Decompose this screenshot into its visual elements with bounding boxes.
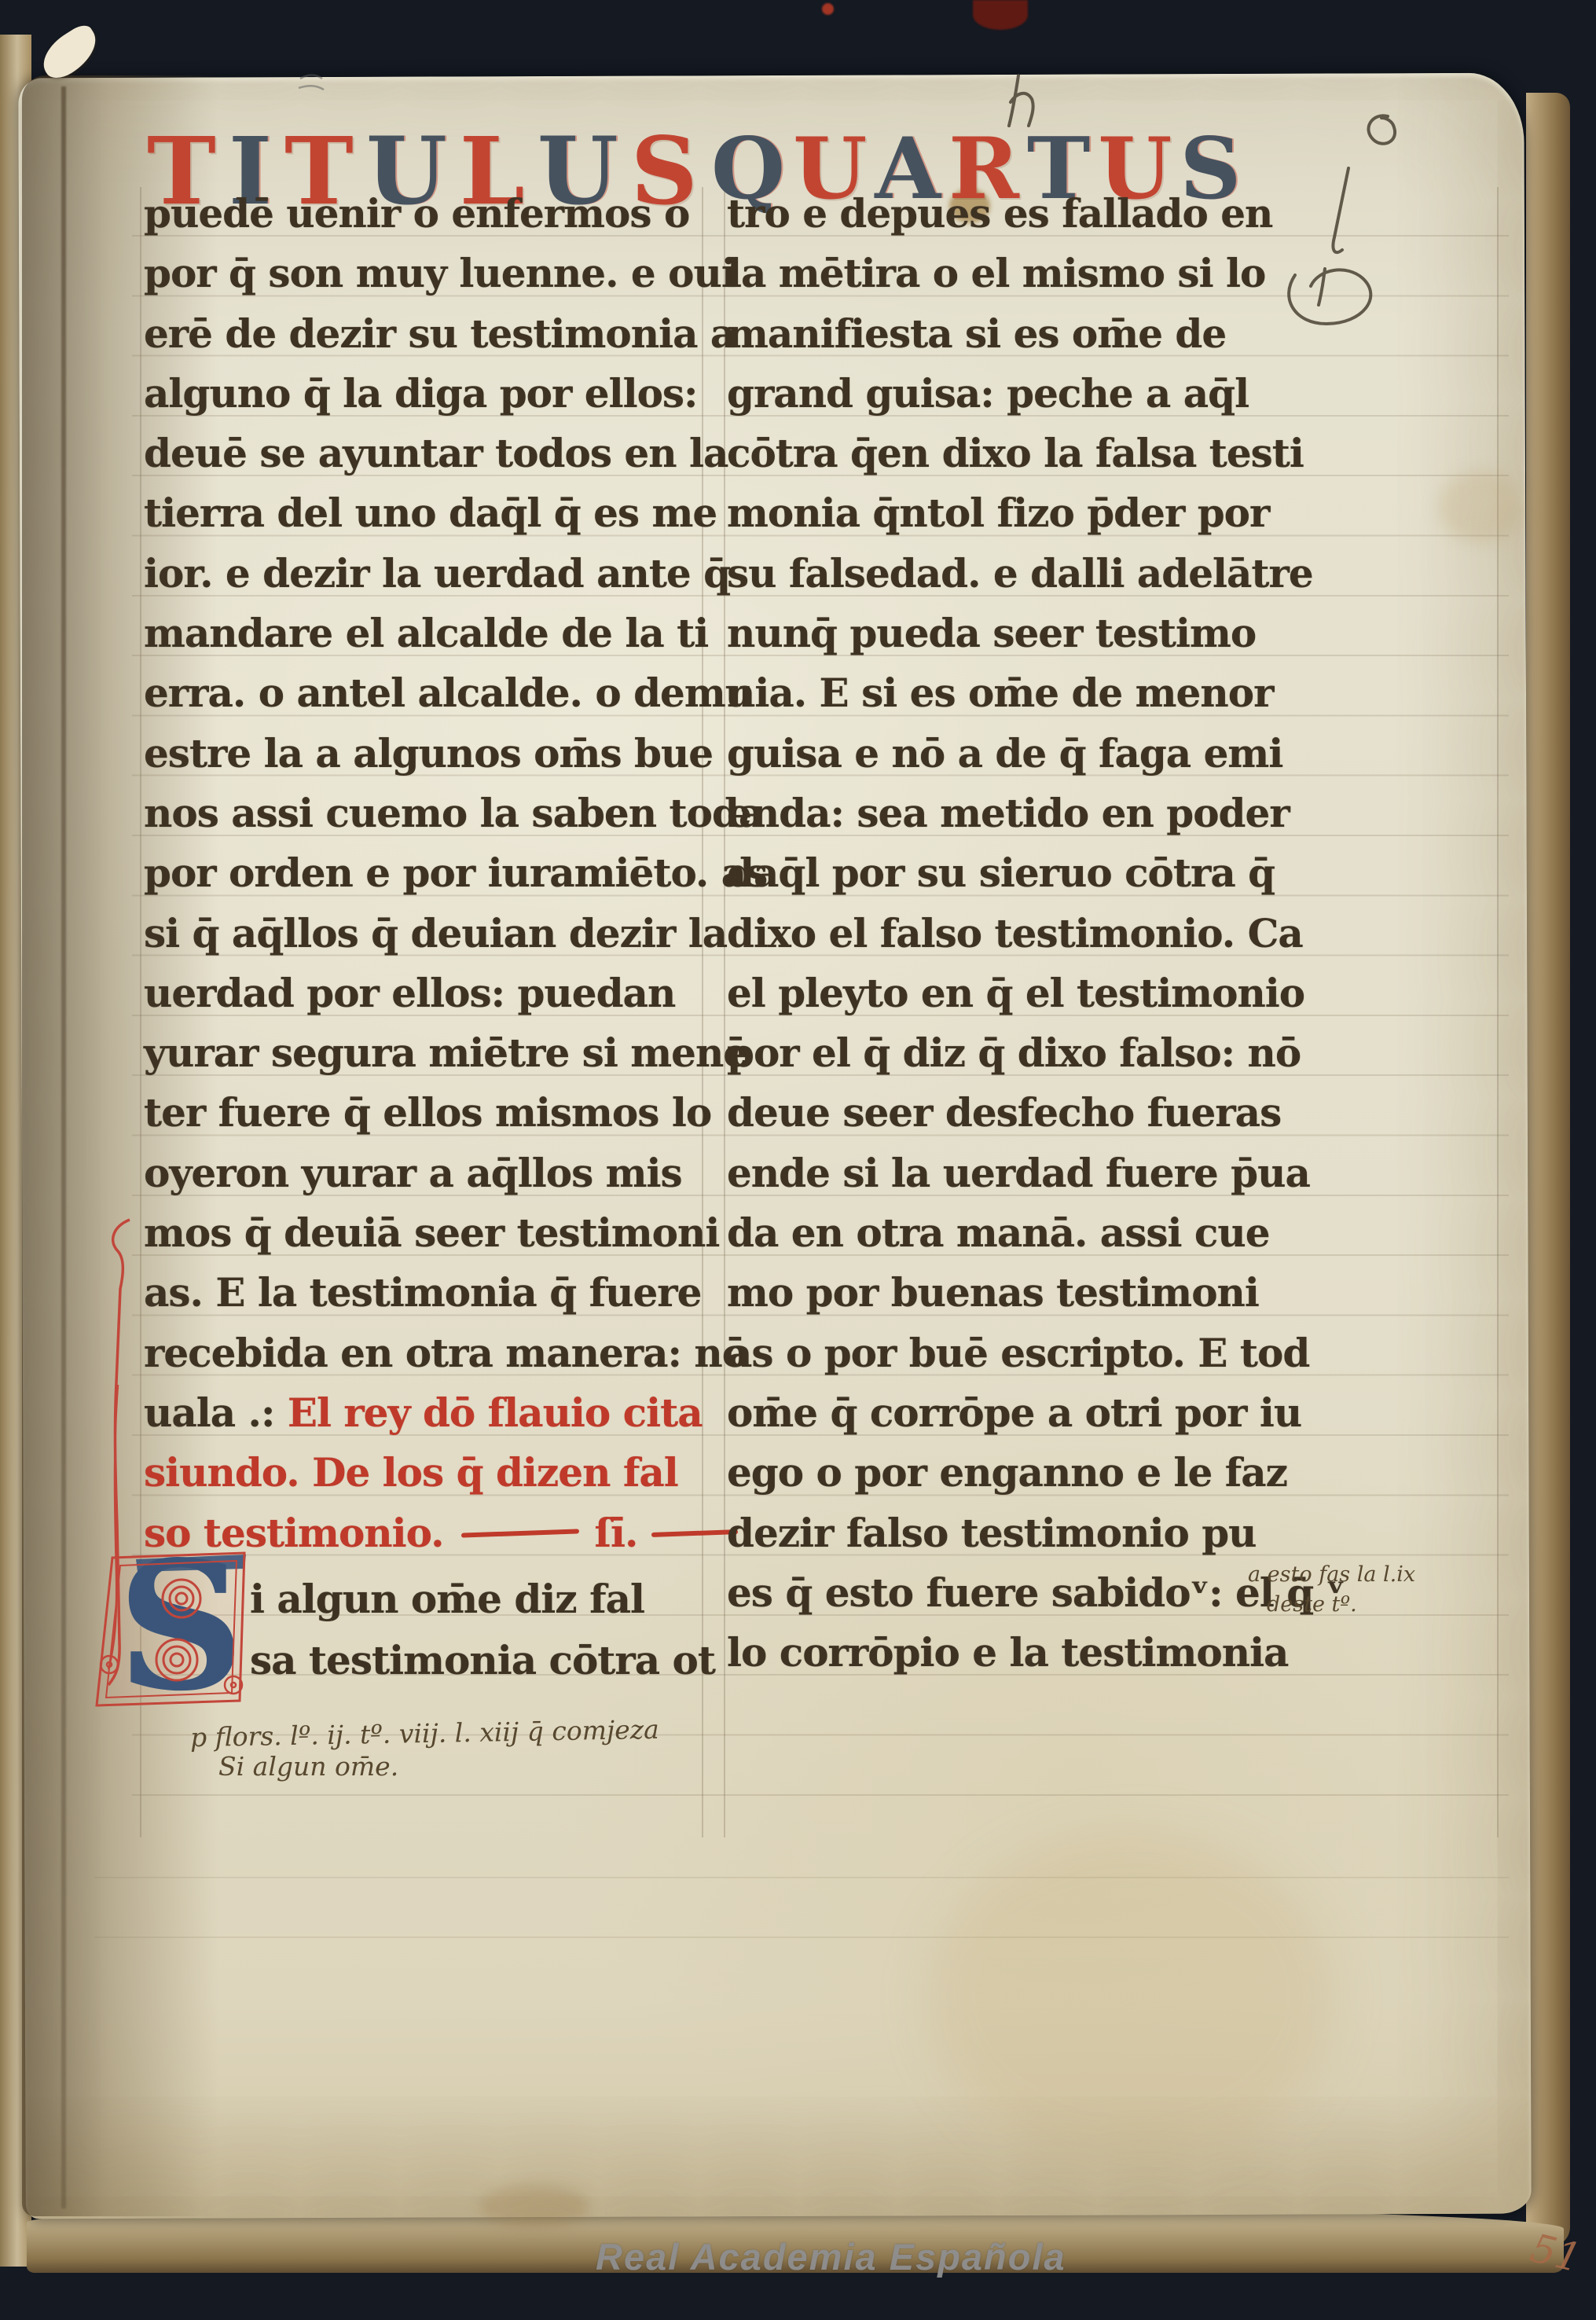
text-line: dixo el falso testimonio. Ca: [727, 904, 1345, 964]
manuscript-photo: TITULUS QUARTUS puedē uenir o enfermos o…: [0, 0, 1596, 2320]
text-line: por el q̄ diz q̄ dixo falso: nō: [727, 1023, 1345, 1083]
text-line: uerdad por ellos: puedan: [144, 964, 767, 1023]
text-line: alguno q̄ la diga por ellos:: [144, 364, 767, 424]
text-line: monia q̄ntol fizo p̄der por: [727, 483, 1345, 543]
rubric-line: siundo. De los q̄ dizen fal: [144, 1443, 767, 1503]
red-ink-dot: [822, 3, 834, 15]
text-line: deuē se ayuntar todos en la: [144, 424, 767, 483]
text-line: erra. o antel alcalde. o demu: [144, 663, 767, 723]
text-line-mixed: uala .: El rey dō flauio cita: [144, 1383, 767, 1443]
text-line: puedē uenir o enfermos o: [144, 184, 767, 244]
text-line: su falsedad. e dalli adelātre: [727, 544, 1345, 604]
gutter-crease: [61, 86, 66, 2208]
red-ink-blob: [973, 0, 1028, 30]
text-line: si q̄ aq̄llos q̄ deuian dezir la: [144, 904, 767, 964]
rubric-line: so testimonio.ſī.: [144, 1503, 767, 1563]
text-line: nos assi cuemo la saben toda: [144, 784, 767, 843]
text-line: tierra del uno daq̄l q̄ es me: [144, 483, 767, 543]
text-line: enda: sea metido en poder: [727, 784, 1345, 843]
rubric-flourish: [651, 1529, 738, 1537]
text-line: mo por buenas testimoni: [727, 1263, 1345, 1323]
text-line: tro e depues es fallado en: [727, 184, 1345, 244]
text-line: ior. e dezir la uerdad ante q̄: [144, 544, 767, 604]
folio-number: 51: [1526, 2225, 1586, 2281]
gloss-note-line2: Si algun om̄e.: [218, 1751, 398, 1782]
text-line: nunq̄ pueda seer testimo: [727, 604, 1345, 663]
text-line: cōtra q̄en dixo la falsa testi: [727, 424, 1345, 483]
text-line: nia. E si es om̄e de menor: [727, 663, 1345, 723]
text-line: mos q̄ deuiā seer testimoni: [144, 1203, 767, 1263]
text-line: el pleyto en q̄ el testimonio: [727, 964, 1345, 1023]
initial-adjacent-lines: i algun om̄e diz fal sa testimonia cōtra…: [250, 1569, 715, 1691]
text-line: ego o por enganno e le faz: [727, 1443, 1345, 1503]
chapter-numeral: ſī.: [595, 1510, 638, 1556]
ruling-extra-line: [94, 1877, 1509, 1878]
text-line: estre la a algunos om̄s bue: [144, 724, 767, 784]
margin-note-line2: deste tº.: [1267, 1592, 1357, 1617]
margin-note-line1: a esto fas la l.ix: [1248, 1562, 1415, 1587]
text-column-left: puedē uenir o enfermos o por q̄ son muy …: [144, 184, 767, 1563]
text-line: por orden e por iuramiēto. as: [144, 843, 767, 903]
text-line: por q̄ son muy luenne. e oui: [144, 244, 767, 303]
text-line: guisa e nō a de q̄ faga emi: [727, 724, 1345, 784]
ruling-extra-line: [94, 1936, 1509, 1938]
ruling-vertical-left: [140, 187, 141, 1837]
text-line: erē de dezir su testimonia a: [144, 304, 767, 364]
text-line: as o por buē escripto. E tod: [727, 1323, 1345, 1383]
library-watermark: Real Academia Española: [596, 2235, 1066, 2278]
text-line: grand guisa: peche a aq̄l: [727, 364, 1345, 424]
ruling-vertical-right: [1497, 187, 1499, 1837]
text-line: deue seer desfecho fueras: [727, 1083, 1345, 1143]
text-ink: uala .:: [144, 1389, 288, 1436]
text-line: la mētira o el mismo si lo: [727, 244, 1345, 303]
text-line: lo corrōpio e la testimonia: [727, 1623, 1345, 1683]
rubric-text: El rey dō flauio cita: [288, 1389, 703, 1436]
text-column-right: tro e depues es fallado en la mētira o e…: [727, 184, 1345, 1683]
text-line: recebida en otra manera: nō: [144, 1323, 767, 1383]
text-line: dezir falso testimonio pu: [727, 1503, 1345, 1563]
text-line: yurar segura miētre si menē: [144, 1023, 767, 1083]
fore-edge-page-stack: [1526, 93, 1570, 2246]
text-line: as. E la testimonia q̄ fuere: [144, 1263, 767, 1323]
text-line: oyeron yurar a aq̄llos mis: [144, 1143, 767, 1203]
text-line: da en otra manā. assi cue: [727, 1203, 1345, 1263]
text-line: sa testimonia cōtra ot: [250, 1630, 715, 1691]
text-line: manifiesta si es om̄e de: [727, 304, 1345, 364]
text-line: i algun om̄e diz fal: [250, 1569, 715, 1630]
text-line: om̄e q̄ corrōpe a otri por iu: [727, 1383, 1345, 1443]
text-line: ter fuere q̄ ellos mismos lo: [144, 1083, 767, 1143]
rubric-flourish: [461, 1529, 579, 1537]
text-line: daq̄l por su sieruo cōtra q̄: [727, 843, 1345, 903]
rubric-text: so testimonio.: [144, 1510, 444, 1556]
text-line: ende si la uerdad fuere p̄ua: [727, 1143, 1345, 1203]
text-line: mandare el alcalde de la ti: [144, 604, 767, 663]
